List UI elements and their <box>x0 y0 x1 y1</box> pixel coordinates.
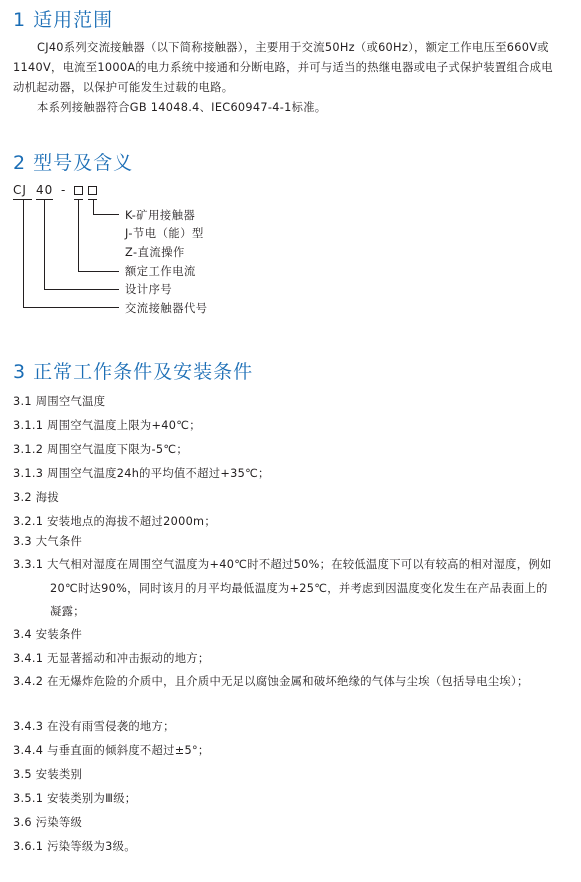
section-1-title: 1 适用范围 <box>13 5 113 32</box>
condition-item: 3.3.1 大气相对湿度在周围空气温度为+40℃时不超过50%；在较低温度下可以… <box>13 553 558 624</box>
label-energy-saving: J-节电（能）型 <box>125 225 204 241</box>
leader-box1-horizontal <box>78 271 119 272</box>
condition-item: 3.6 污染等级 <box>13 814 82 830</box>
label-mining: K-矿用接触器 <box>125 207 195 223</box>
condition-item: 3.4.3 在没有雨雪侵袭的地方； <box>13 718 175 734</box>
condition-item: 3.3 大气条件 <box>13 533 82 549</box>
leader-series-vertical <box>44 199 45 290</box>
condition-item: 3.5.1 安装类别为Ⅲ级； <box>13 790 136 806</box>
leader-prefix-vertical <box>23 199 24 308</box>
leader-series-horizontal <box>44 289 119 290</box>
label-contactor-code: 交流接触器代号 <box>125 300 208 316</box>
condition-item: 3.2.1 安装地点的海拔不超过2000m； <box>13 513 216 529</box>
leader-box1-vertical <box>78 199 79 272</box>
leader-box2-vertical <box>93 199 94 215</box>
label-rated-current: 额定工作电流 <box>125 263 196 279</box>
condition-item: 3.4.4 与垂直面的倾斜度不超过±5°； <box>13 742 210 758</box>
section-2-title: 2 型号及含义 <box>13 148 133 175</box>
code-series: 40 <box>36 183 53 197</box>
condition-item: 3.4.2 在无爆炸危险的介质中，且介质中无足以腐蚀金属和破坏绝缘的气体与尘埃（… <box>13 670 558 694</box>
condition-item: 3.1.2 周围空气温度下限为-5℃； <box>13 441 188 457</box>
section-1-paragraph-2: 本系列接触器符合GB 14048.4、IEC60947-4-1标准。 <box>13 98 558 118</box>
section-3-title: 3 正常工作条件及安装条件 <box>13 357 253 384</box>
code-prefix: CJ <box>13 183 27 197</box>
leader-box2-horizontal <box>93 214 119 215</box>
condition-item: 3.1.3 周围空气温度24h的平均值不超过+35℃； <box>13 465 270 481</box>
label-design-number: 设计序号 <box>125 281 172 297</box>
condition-item: 3.1 周围空气温度 <box>13 393 105 409</box>
condition-item: 3.5 安装类别 <box>13 766 82 782</box>
code-box-type <box>88 186 97 195</box>
condition-item: 3.4 安装条件 <box>13 626 82 642</box>
condition-item: 3.1.1 周围空气温度上限为+40℃； <box>13 417 201 433</box>
section-1-paragraph-1: CJ40系列交流接触器（以下简称接触器），主要用于交流50Hz（或60Hz），额… <box>13 38 558 98</box>
condition-item: 3.4.1 无显著摇动和冲击振动的地方； <box>13 650 210 666</box>
label-dc-operation: Z-直流操作 <box>125 244 185 260</box>
code-box-current <box>74 186 83 195</box>
leader-prefix-horizontal <box>23 307 119 308</box>
condition-item: 3.6.1 污染等级为3级。 <box>13 838 136 854</box>
code-dash: - <box>61 183 66 197</box>
condition-item: 3.2 海拔 <box>13 489 59 505</box>
